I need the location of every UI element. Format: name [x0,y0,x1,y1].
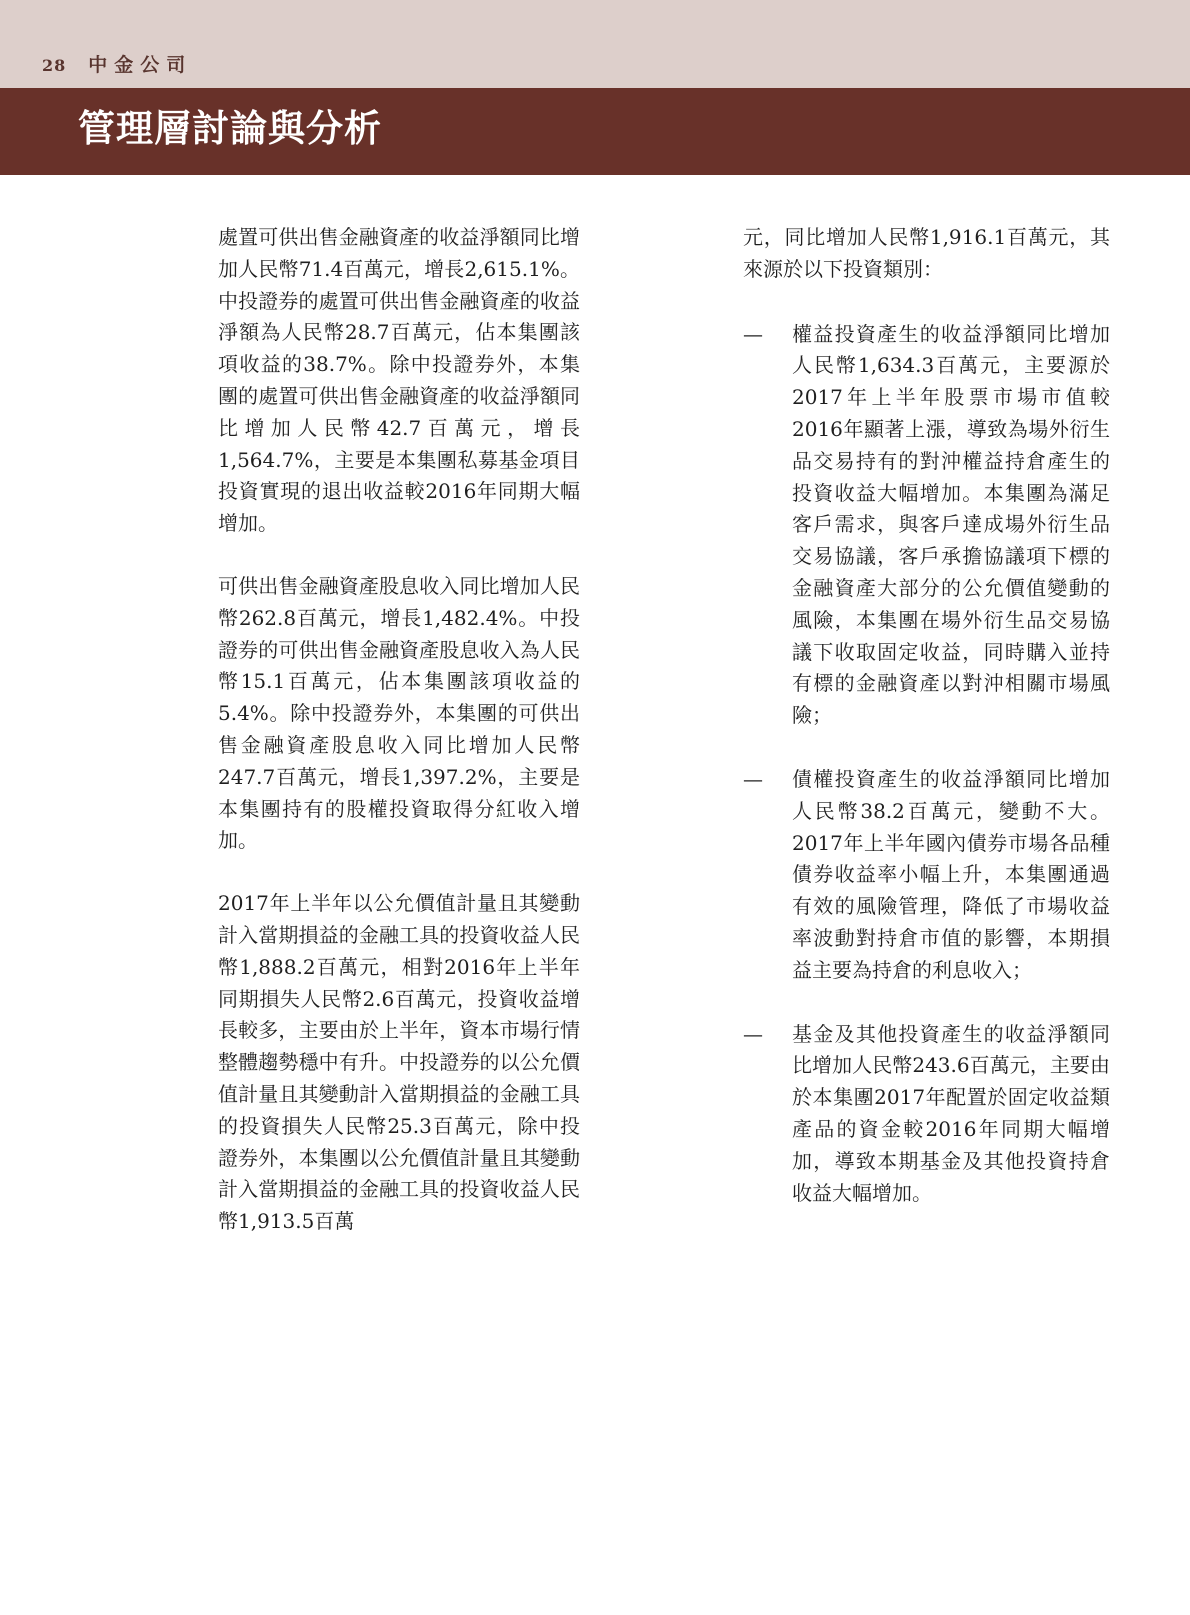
list-item-text: 基金及其他投資產生的收益淨額同比增加人民幣243.6百萬元，主要由於本集團201… [792,1019,1110,1210]
right-column: 元，同比增加人民幣1,916.1百萬元，其來源於以下投資類別： — 權益投資產生… [743,222,1110,1209]
paragraph-disposal-gains: 處置可供出售金融資產的收益淨額同比增加人民幣71.4百萬元，增長2,615.1%… [218,222,580,540]
dash-marker: — [743,1019,792,1210]
dash-marker: — [743,764,792,987]
running-header: 28 中金公司 [42,50,192,77]
company-name: 中金公司 [88,50,192,77]
page-header: 28 中金公司 [0,0,1190,88]
list-item-text: 債權投資產生的收益淨額同比增加人民幣38.2百萬元，變動不大。2017年上半年國… [792,764,1110,987]
section-title: 管理層討論與分析 [78,104,382,152]
list-item-debt-investment: — 債權投資產生的收益淨額同比增加人民幣38.2百萬元，變動不大。2017年上半… [743,764,1110,987]
list-item-equity-investment: — 權益投資產生的收益淨額同比增加人民幣1,634.3百萬元，主要源於2017年… [743,319,1110,732]
section-banner: 管理層討論與分析 [0,88,1190,175]
paragraph-intro-continuation: 元，同比增加人民幣1,916.1百萬元，其來源於以下投資類別： [743,222,1110,286]
paragraph-fair-value-instruments: 2017年上半年以公允價值計量且其變動計入當期損益的金融工具的投資收益人民幣1,… [218,888,580,1238]
page-number: 28 [42,56,66,75]
list-item-fund-other-investment: — 基金及其他投資產生的收益淨額同比增加人民幣243.6百萬元，主要由於本集團2… [743,1019,1110,1210]
dash-marker: — [743,319,792,732]
document-page: 28 中金公司 管理層討論與分析 處置可供出售金融資產的收益淨額同比增加人民幣7… [0,0,1190,1615]
paragraph-dividend-income: 可供出售金融資產股息收入同比增加人民幣262.8百萬元，增長1,482.4%。中… [218,571,580,857]
left-column: 處置可供出售金融資產的收益淨額同比增加人民幣71.4百萬元，增長2,615.1%… [218,222,580,1238]
list-item-text: 權益投資產生的收益淨額同比增加人民幣1,634.3百萬元，主要源於2017年上半… [792,319,1110,732]
